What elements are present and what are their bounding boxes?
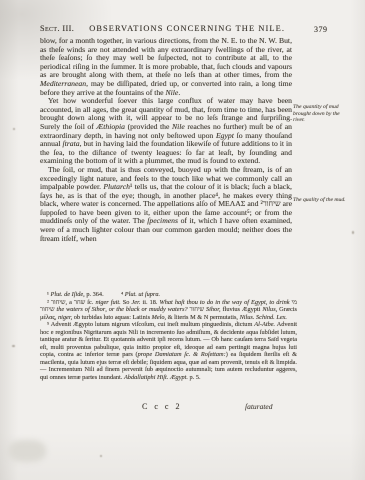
footnote: ⁵ Advenit Ægypto lutum nigrum viſcoſum, … — [40, 321, 297, 381]
footnote: ¹ Plut. de Iſide, p. 364. ⁴ Plut. ut ſup… — [40, 291, 297, 299]
scan-speck — [12, 345, 15, 347]
page-title: OBSERVATIONS CONCERNING THE NILE. — [82, 24, 292, 33]
margin-note: The quantity of mud brought down by the … — [293, 104, 350, 124]
body-paragraph: blow, for a month together, in various d… — [40, 37, 292, 97]
body-paragraph: The ſoil, or mud, that is thus conveyed,… — [40, 166, 292, 243]
page-number: 379 — [314, 25, 328, 34]
scan-smudge — [8, 440, 46, 462]
section-label: Sect. III. — [40, 24, 74, 33]
scanned-book-page: 379 Sect. III. OBSERVATIONS CONCERNING T… — [0, 0, 365, 480]
scan-speck — [13, 128, 15, 130]
footnote: ² שיחור, a שחר ſc. niger fuit. So Jer. i… — [40, 299, 297, 322]
body-paragraph: Yet how wonderful ſoever this large conf… — [40, 97, 292, 166]
footnotes-block: ¹ Plut. de Iſide, p. 364. ⁴ Plut. ut ſup… — [40, 291, 297, 381]
text-column: Sect. III. OBSERVATIONS CONCERNING THE N… — [40, 24, 292, 243]
scan-speck — [352, 231, 354, 234]
running-header: Sect. III. OBSERVATIONS CONCERNING THE N… — [40, 24, 292, 33]
scan-speck — [100, 455, 102, 457]
body-paragraphs: blow, for a month together, in various d… — [40, 37, 292, 243]
margin-note: The quality of the mud. — [293, 197, 350, 204]
catchword: ſaturated — [245, 402, 273, 411]
signature-mark: C c c 2 — [142, 402, 182, 411]
